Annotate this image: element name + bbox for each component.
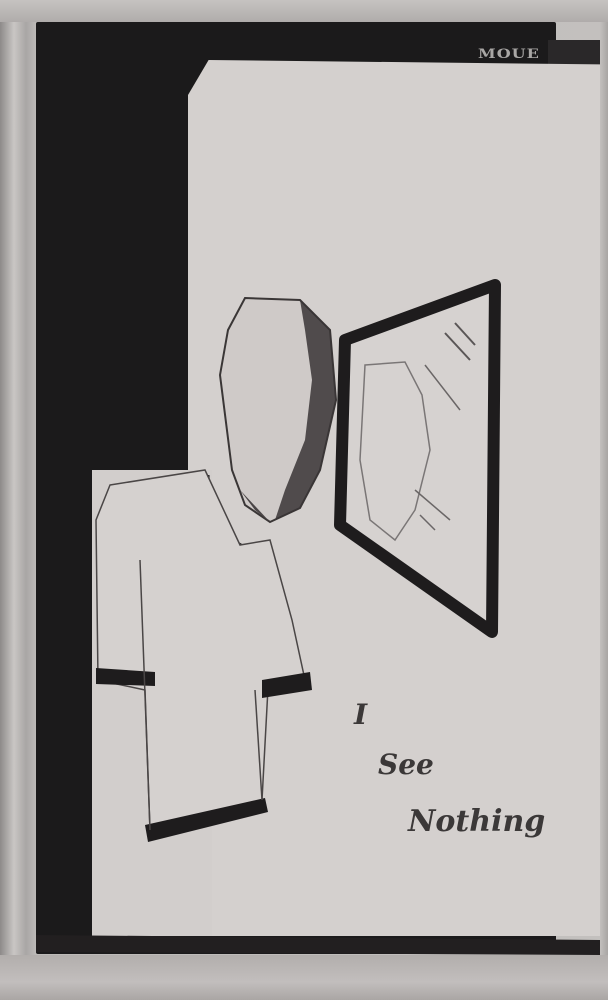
shirt-drawing <box>96 470 312 842</box>
cover-bottom-edge <box>36 935 600 955</box>
title-line-2: See <box>378 748 434 781</box>
case-bottom-edge <box>0 955 608 1000</box>
head-drawing <box>220 298 336 522</box>
cover-illustration <box>0 0 608 1000</box>
title-line-1: I <box>354 698 367 731</box>
mirror-drawing <box>340 285 495 632</box>
title-line-3: Nothing <box>408 804 545 839</box>
